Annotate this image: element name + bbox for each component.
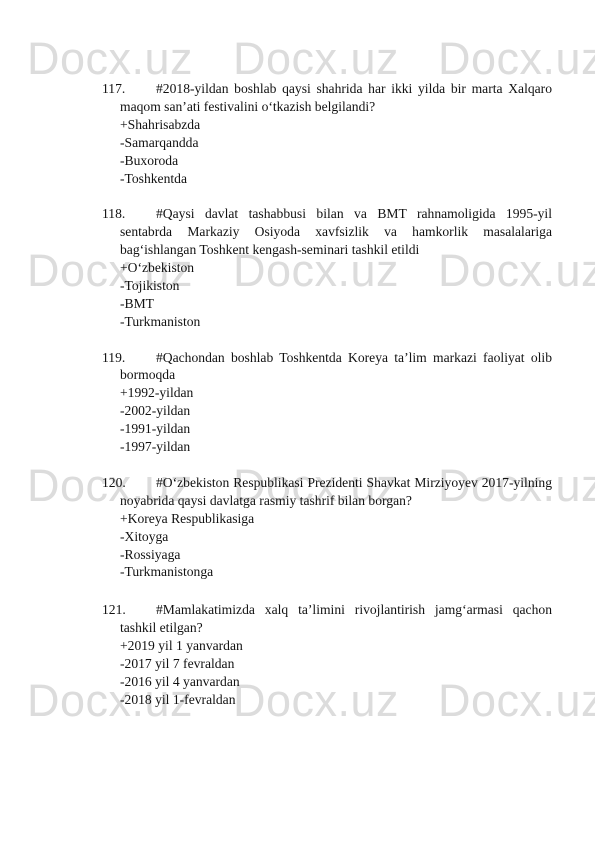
question-number: 121.	[102, 601, 156, 619]
question-117: 117.#2018-yildan boshlab qaysi shahrida …	[102, 80, 552, 187]
answer-option: -Toshkentda	[102, 170, 552, 188]
question-body: #Qaysi davlat tashabbusi bilan va BMT ra…	[120, 206, 552, 257]
answer-option: -BMT	[102, 295, 552, 313]
answer-option: -Samarqandda	[102, 134, 552, 152]
question-text: 117.#2018-yildan boshlab qaysi shahrida …	[102, 80, 552, 116]
question-118: 118.#Qaysi davlat tashabbusi bilan va BM…	[102, 205, 552, 330]
answer-option: -1991-yildan	[102, 420, 552, 438]
answer-option: -Xitoyga	[102, 528, 552, 546]
answer-option: -Rossiyaga	[102, 546, 552, 564]
question-text: 120.#O‘zbekiston Respublikasi Prezidenti…	[102, 474, 552, 510]
watermark-text: Docx.uz	[438, 36, 595, 81]
answer-option: -Turkmanistonga	[102, 563, 552, 581]
question-number: 118.	[102, 205, 156, 223]
question-number: 117.	[102, 80, 156, 98]
question-text: 118.#Qaysi davlat tashabbusi bilan va BM…	[102, 205, 552, 259]
question-number: 120.	[102, 474, 156, 492]
question-text: 119.#Qachondan boshlab Toshkentda Koreya…	[102, 349, 552, 385]
answer-option-correct: +Koreya Respublikasiga	[102, 510, 552, 528]
answer-option: -Turkmaniston	[102, 313, 552, 331]
answer-option: -2017 yil 7 fevraldan	[102, 655, 552, 673]
answer-option: -2016 yil 4 yanvardan	[102, 673, 552, 691]
answer-option-correct: +1992-yildan	[102, 384, 552, 402]
question-body: #O‘zbekiston Respublikasi Prezidenti Sha…	[120, 475, 552, 508]
question-body: #Qachondan boshlab Toshkentda Koreya ta’…	[120, 350, 552, 383]
answer-option: -2018 yil 1-fevraldan	[102, 691, 552, 709]
answer-option: -1997-yildan	[102, 438, 552, 456]
question-number: 119.	[102, 349, 156, 367]
answer-option-correct: +2019 yil 1 yanvardan	[102, 637, 552, 655]
answer-option: -Buxoroda	[102, 152, 552, 170]
question-body: #Mamlakatimizda xalq ta’limini rivojlant…	[120, 602, 552, 635]
question-body: #2018-yildan boshlab qaysi shahrida har …	[120, 81, 552, 114]
watermark-text: Docx.uz	[27, 36, 193, 81]
watermark-text: Docx.uz	[233, 36, 399, 81]
answer-option: -2002-yildan	[102, 402, 552, 420]
answer-option-correct: +O‘zbekiston	[102, 259, 552, 277]
question-120: 120.#O‘zbekiston Respublikasi Prezidenti…	[102, 474, 552, 581]
answer-option-correct: +Shahrisabzda	[102, 116, 552, 134]
answer-option: -Tojikiston	[102, 277, 552, 295]
document-page: 117.#2018-yildan boshlab qaysi shahrida …	[102, 80, 552, 727]
question-121: 121.#Mamlakatimizda xalq ta’limini rivoj…	[102, 601, 552, 708]
question-text: 121.#Mamlakatimizda xalq ta’limini rivoj…	[102, 601, 552, 637]
question-119: 119.#Qachondan boshlab Toshkentda Koreya…	[102, 349, 552, 456]
